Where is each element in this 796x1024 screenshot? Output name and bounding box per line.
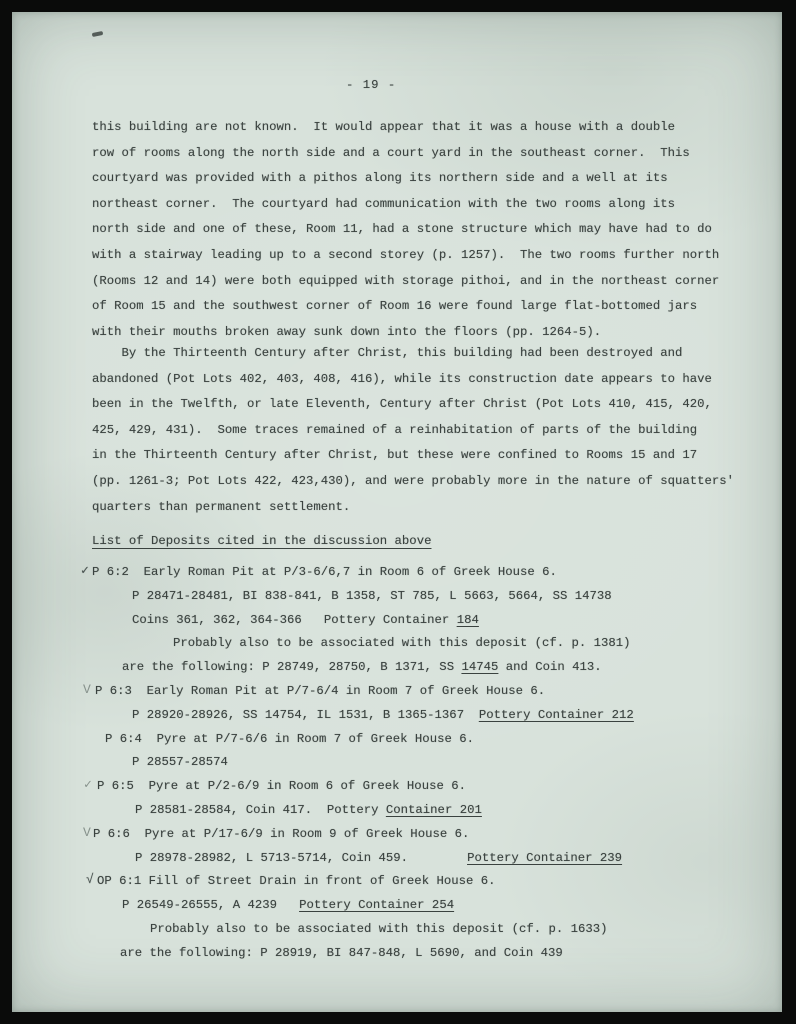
text-segment: Probably also to be associated with this… (173, 636, 631, 650)
text-segment: P 28471-28481, BI 838-841, B 1358, ST 78… (132, 589, 612, 603)
deposit-line: P 28978-28982, L 5713-5714, Coin 459. Po… (135, 847, 772, 871)
text-line: with a stairway leading up to a second s… (92, 243, 752, 269)
deposit-line: P 6:6 Pyre at P/17-6/9 in Room 9 of Gree… (93, 823, 772, 847)
deposit-line: P 28557-28574 (132, 751, 772, 775)
underlined-reference: 184 (457, 613, 479, 627)
text-segment: and Coin 413. (498, 660, 601, 674)
text-line: been in the Twelfth, or late Eleventh, C… (92, 392, 752, 418)
text-line: (Rooms 12 and 14) were both equipped wit… (92, 269, 752, 295)
deposit-line: P 6:3 Early Roman Pit at P/7-6/4 in Room… (95, 680, 772, 704)
text-line: this building are not known. It would ap… (92, 115, 752, 141)
deposit-line: P 26549-26555, A 4239 Pottery Container … (122, 894, 772, 918)
document-page: - 19 - this building are not known. It w… (12, 12, 782, 1012)
text-segment: P 28978-28982, L 5713-5714, Coin 459. (135, 851, 467, 865)
text-line: row of rooms along the north side and a … (92, 141, 752, 167)
text-line: 425, 429, 431). Some traces remained of … (92, 418, 752, 444)
deposit-line: are the following: P 28749, 28750, B 137… (122, 656, 772, 680)
ink-smudge (92, 31, 104, 37)
deposit-line: P 28581-28584, Coin 417. Pottery Contain… (135, 799, 772, 823)
checkmark-annotation: ✓ (84, 778, 92, 792)
underlined-reference: Pottery Container 212 (479, 708, 634, 722)
text-segment: P 6:2 Early Roman Pit at P/3-6/6,7 in Ro… (92, 565, 557, 579)
text-segment: P 28557-28574 (132, 755, 228, 769)
text-segment: Probably also to be associated with this… (150, 922, 608, 936)
deposit-line: P 6:5 Pyre at P/2-6/9 in Room 6 of Greek… (97, 775, 772, 799)
underlined-reference: Container 201 (386, 803, 482, 817)
deposit-line: Probably also to be associated with this… (173, 632, 772, 656)
text-segment: are the following: P 28749, 28750, B 137… (122, 660, 461, 674)
text-segment: Coins 361, 362, 364-366 Pottery Containe… (132, 613, 457, 627)
text-segment: P 28581-28584, Coin 417. Pottery (135, 803, 386, 817)
checkmark-annotation: ✓ (81, 564, 89, 578)
text-line: northeast corner. The courtyard had comm… (92, 192, 752, 218)
underlined-reference: Pottery Container 239 (467, 851, 622, 865)
deposit-line: OP 6:1 Fill of Street Drain in front of … (97, 870, 772, 894)
deposit-line: are the following: P 28919, BI 847-848, … (120, 942, 772, 966)
text-line: quarters than permanent settlement. (92, 495, 752, 521)
scan-background: - 19 - this building are not known. It w… (0, 0, 796, 1024)
checkmark-annotation: V (83, 683, 91, 697)
text-segment: P 6:5 Pyre at P/2-6/9 in Room 6 of Greek… (97, 779, 466, 793)
deposit-line: Probably also to be associated with this… (150, 918, 772, 942)
deposit-line: P 6:2 Early Roman Pit at P/3-6/6,7 in Ro… (92, 561, 772, 585)
underlined-reference: 14745 (461, 660, 498, 674)
text-segment: are the following: P 28919, BI 847-848, … (120, 946, 563, 960)
deposit-line: P 6:4 Pyre at P/7-6/6 in Room 7 of Greek… (105, 728, 772, 752)
deposit-line: Coins 361, 362, 364-366 Pottery Containe… (132, 609, 772, 633)
text-segment: OP 6:1 Fill of Street Drain in front of … (97, 874, 495, 888)
underlined-reference: Pottery Container 254 (299, 898, 454, 912)
text-line: of Room 15 and the southwest corner of R… (92, 294, 752, 320)
text-line: in the Thirteenth Century after Christ, … (92, 443, 752, 469)
text-line: courtyard was provided with a pithos alo… (92, 166, 752, 192)
text-line: abandoned (Pot Lots 402, 403, 408, 416),… (92, 367, 752, 393)
deposits-list-heading: List of Deposits cited in the discussion… (92, 534, 431, 548)
text-line: By the Thirteenth Century after Christ, … (92, 341, 752, 367)
text-line: north side and one of these, Room 11, ha… (92, 217, 752, 243)
checkmark-annotation: V (83, 826, 91, 840)
deposit-line: P 28920-28926, SS 14754, IL 1531, B 1365… (132, 704, 772, 728)
checkmark-annotation: √ (86, 873, 94, 887)
text-segment: P 6:4 Pyre at P/7-6/6 in Room 7 of Greek… (105, 732, 474, 746)
text-line: (pp. 1261-3; Pot Lots 422, 423,430), and… (92, 469, 752, 495)
text-segment: P 26549-26555, A 4239 (122, 898, 299, 912)
paragraph-dating: By the Thirteenth Century after Christ, … (92, 341, 752, 520)
deposits-list: P 6:2 Early Roman Pit at P/3-6/6,7 in Ro… (92, 561, 772, 966)
paragraph-building-description: this building are not known. It would ap… (92, 115, 752, 345)
text-segment: P 28920-28926, SS 14754, IL 1531, B 1365… (132, 708, 479, 722)
page-number: - 19 - (346, 78, 396, 92)
deposit-line: P 28471-28481, BI 838-841, B 1358, ST 78… (132, 585, 772, 609)
text-segment: P 6:3 Early Roman Pit at P/7-6/4 in Room… (95, 684, 545, 698)
text-segment: P 6:6 Pyre at P/17-6/9 in Room 9 of Gree… (93, 827, 469, 841)
